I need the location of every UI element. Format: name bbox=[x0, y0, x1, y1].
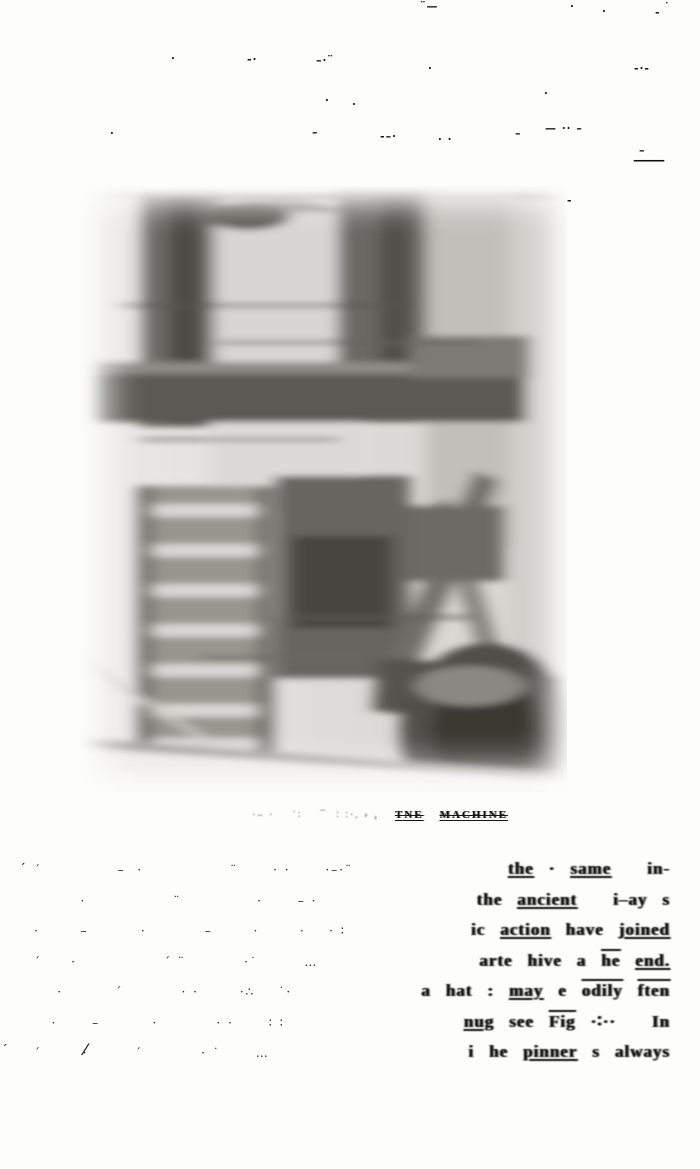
text-line: ´ – · ¨ · · ·–·¨the·samein- bbox=[34, 859, 670, 890]
text-line: ´ · ´ ¨ ·˙ …artehiveaheend. bbox=[34, 951, 670, 982]
word-fragment: ·∶·· bbox=[590, 1012, 615, 1031]
ink-speck: · bbox=[602, 6, 607, 17]
machine-photo-illustration bbox=[80, 186, 567, 792]
text-line: · ´ · · ·∴ ˙·ahat:mayeodilyften bbox=[34, 981, 670, 1012]
word-fragment: ic bbox=[471, 920, 485, 939]
word-fragment: Fig bbox=[549, 1012, 576, 1031]
word-fragment: have bbox=[566, 920, 604, 939]
body-text-block: ´ – · ¨ · · ·–·¨the·samein- · ¨ · – ·the… bbox=[34, 859, 670, 1073]
faded-text-remnants: · ¨ · – · bbox=[34, 894, 477, 908]
word-fragment: i–ay bbox=[613, 890, 647, 909]
ink-speck: · bbox=[325, 95, 330, 106]
ink-speck: · bbox=[570, 1, 575, 12]
word-fragment: he bbox=[489, 1042, 508, 1061]
ink-speck: · bbox=[544, 88, 549, 99]
word-fragment: i bbox=[468, 1042, 474, 1061]
ink-speck: -· bbox=[247, 54, 257, 65]
text-line: · – · · · ∶ ∶nugseeFig·∶··In bbox=[34, 1012, 670, 1043]
legible-text-fragment: ahat:mayeodilyften bbox=[421, 981, 670, 1001]
ink-speck: · bbox=[171, 53, 176, 64]
word-fragment: hive bbox=[528, 951, 562, 970]
ink-speck: – bbox=[515, 128, 522, 139]
ink-speck: - bbox=[567, 195, 573, 206]
caption-word-fragment: TNE bbox=[395, 809, 424, 821]
word-fragment: a bbox=[421, 981, 431, 1000]
faded-text-remnants: · – · – · · · ∶ bbox=[34, 924, 471, 938]
word-fragment: e bbox=[558, 981, 567, 1000]
photo-caption: ·– · ˙∶ ¯ ∶ ∶·. ⸗ ₐ TNE MACHINE bbox=[150, 809, 610, 821]
ink-speck: ˙ bbox=[664, 2, 671, 13]
ink-speck: · bbox=[428, 63, 433, 74]
text-line: · ¨ · – ·theancienti–ays bbox=[34, 890, 670, 921]
legible-text-fragment: the·samein- bbox=[508, 859, 670, 879]
word-fragment: in- bbox=[647, 859, 670, 878]
word-fragment: the bbox=[508, 859, 534, 878]
ink-speck: ´ bbox=[20, 863, 27, 874]
legible-text-fragment: icactionhavejoined bbox=[471, 920, 670, 940]
ink-speck: -–· bbox=[380, 131, 397, 142]
faded-text-remnants: · ´ · · ·∴ ˙· bbox=[34, 985, 421, 999]
faded-text-remnants: ´ – · ¨ · · ·–·¨ bbox=[34, 863, 508, 877]
word-fragment: odily bbox=[582, 981, 623, 1000]
machine-photograph bbox=[80, 186, 567, 792]
text-line: ´ · ´ · ˙ …ihepinnersalways bbox=[34, 1042, 670, 1073]
word-fragment: see bbox=[509, 1012, 534, 1031]
ink-speck: ´ bbox=[2, 1044, 9, 1055]
faded-text-remnants: ´ · ´ ¨ ·˙ … bbox=[34, 955, 479, 969]
ink-speck: — ·· – bbox=[545, 123, 583, 134]
ink-speck: – bbox=[312, 127, 319, 138]
word-fragment: ften bbox=[638, 981, 670, 1000]
ink-speck: . bbox=[110, 125, 115, 136]
word-fragment: ancient bbox=[517, 890, 577, 909]
legible-text-fragment: artehiveaheend. bbox=[479, 951, 670, 971]
word-fragment: same bbox=[570, 859, 611, 878]
word-fragment: a bbox=[577, 951, 587, 970]
ink-speck: . bbox=[352, 96, 357, 107]
word-fragment: s bbox=[662, 890, 670, 909]
legible-text-fragment: ihepinnersalways bbox=[468, 1042, 670, 1062]
text-line: · – · – · · · ∶icactionhavejoined bbox=[34, 920, 670, 951]
word-fragment: arte bbox=[479, 951, 512, 970]
word-fragment: the bbox=[477, 890, 503, 909]
legible-text-fragment: theancienti–ays bbox=[477, 890, 670, 910]
word-fragment: s bbox=[592, 1042, 600, 1061]
word-fragment: may bbox=[509, 981, 543, 1000]
ink-speck: -·- bbox=[634, 63, 650, 74]
word-fragment: joined bbox=[619, 920, 670, 939]
scanned-book-page: { "colors": { "ink": "#121212", "paper":… bbox=[0, 0, 700, 1169]
ink-speck: ——— bbox=[633, 154, 662, 167]
word-fragment: · bbox=[549, 859, 556, 878]
faded-text-remnants: · – · · · ∶ ∶ bbox=[34, 1016, 464, 1030]
word-fragment: In bbox=[652, 1012, 670, 1031]
ink-speck: ¨— bbox=[420, 1, 439, 12]
word-fragment: pinner bbox=[523, 1042, 577, 1061]
caption-word-fragment: MACHINE bbox=[439, 809, 507, 821]
word-fragment: nug bbox=[464, 1012, 494, 1031]
word-fragment: he bbox=[601, 951, 620, 970]
word-fragment: action bbox=[500, 920, 550, 939]
caption-faded-fragment: ·– · ˙∶ ¯ ∶ ∶·. ⸗ ₐ bbox=[252, 810, 379, 821]
word-fragment: : bbox=[487, 981, 494, 1000]
faded-text-remnants: ´ · ´ · ˙ … bbox=[34, 1046, 468, 1060]
word-fragment: always bbox=[615, 1042, 670, 1061]
word-fragment: end. bbox=[635, 951, 670, 970]
ink-speck: - bbox=[655, 7, 661, 18]
word-fragment: hat bbox=[446, 981, 473, 1000]
legible-text-fragment: nugseeFig·∶··In bbox=[464, 1012, 670, 1032]
ink-speck: · · bbox=[438, 134, 453, 145]
ink-speck: –·¨ bbox=[316, 55, 334, 66]
